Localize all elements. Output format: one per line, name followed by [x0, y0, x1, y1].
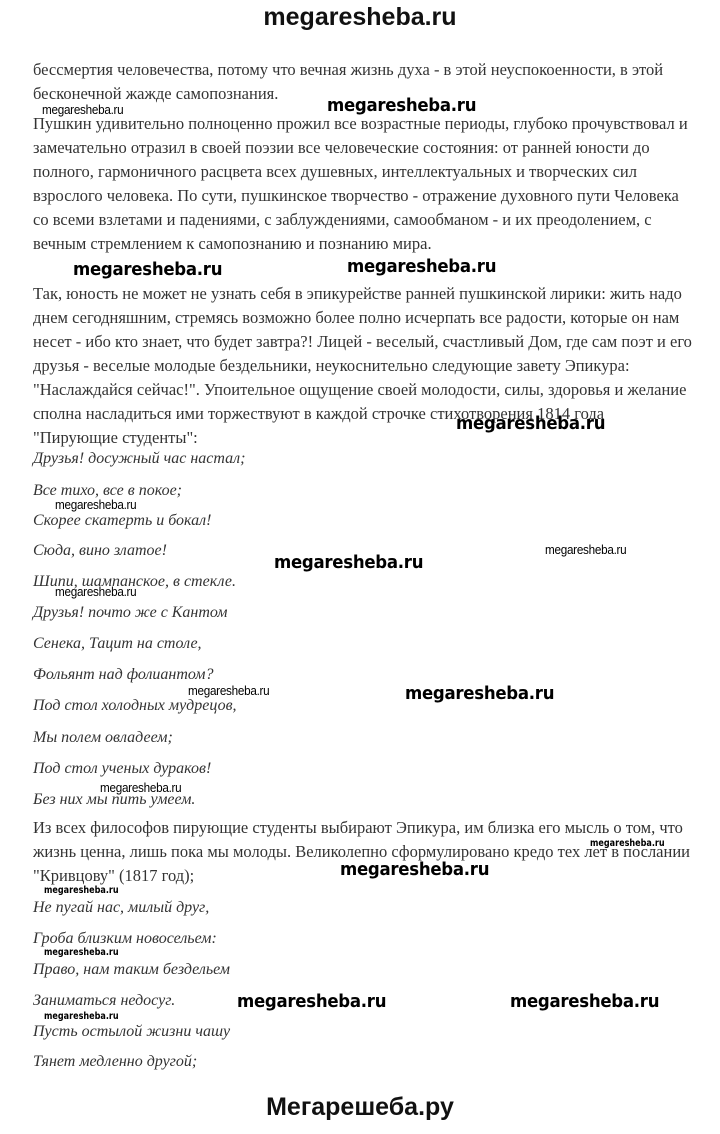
poem-line: Не пугай нас, милый друг,: [33, 898, 209, 918]
watermark: megaresheba.ru: [44, 947, 119, 958]
poem-line: Фольянт над фолиантом?: [33, 665, 214, 685]
poem-line: Заниматься недосуг.: [33, 991, 175, 1011]
poem-line: Мы полем овладеем;: [33, 728, 173, 748]
poem-line: Гроба близким новосельем:: [33, 929, 217, 949]
poem-line: Сюда, вино златое!: [33, 541, 167, 561]
watermark: megaresheba.ru: [510, 992, 659, 1012]
watermark: megaresheba.ru: [405, 684, 554, 704]
poem-line: Пусть остылой жизни чашу: [33, 1022, 230, 1042]
poem-line: Скорее скатерть и бокал!: [33, 511, 211, 531]
watermark: megaresheba.ru: [73, 260, 222, 280]
watermark: megaresheba.ru: [590, 838, 665, 849]
site-header-title: megaresheba.ru: [0, 0, 720, 40]
poem-line: Друзья! почто же с Кантом: [33, 603, 228, 623]
poem-line: Под стол ученых дураков!: [33, 759, 211, 779]
watermark: megaresheba.ru: [347, 257, 496, 277]
watermark: megaresheba.ru: [237, 992, 386, 1012]
poem-line: Сенека, Тацит на столе,: [33, 634, 202, 654]
poem-line: Тянет медленно другой;: [33, 1052, 197, 1072]
watermark: megaresheba.ru: [188, 684, 269, 698]
watermark: megaresheba.ru: [545, 543, 626, 557]
watermark: megaresheba.ru: [456, 414, 605, 434]
watermark: megaresheba.ru: [274, 553, 423, 573]
poem-line: Друзья! досужный час настал;: [33, 449, 245, 469]
watermark: megaresheba.ru: [327, 96, 476, 116]
poem-line: Право, нам таким бездельем: [33, 960, 230, 980]
watermark: megaresheba.ru: [100, 781, 181, 795]
watermark: megaresheba.ru: [44, 1011, 119, 1022]
watermark: megaresheba.ru: [55, 585, 136, 599]
watermark: megaresheba.ru: [340, 860, 489, 880]
watermark: megaresheba.ru: [42, 103, 123, 117]
poem-line: Под стол холодных мудрецов,: [33, 696, 237, 716]
watermark: megaresheba.ru: [44, 885, 119, 896]
site-footer-title: Мегарешеба.ру: [0, 1090, 720, 1130]
watermark: megaresheba.ru: [55, 498, 136, 512]
paragraph-2: Пушкин удивительно полноценно прожил все…: [33, 112, 693, 256]
